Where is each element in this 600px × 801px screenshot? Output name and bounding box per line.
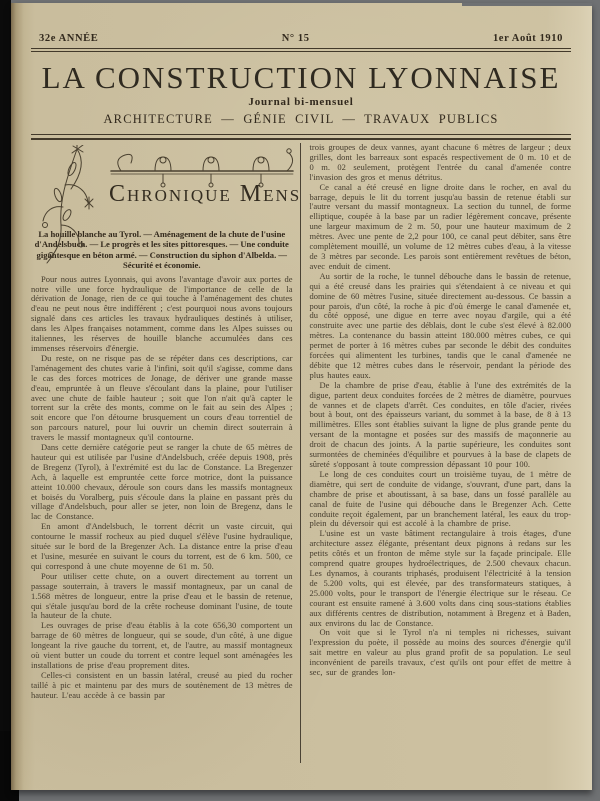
article-paragraph: Du reste, on ne risque pas de se répéter… xyxy=(31,354,293,443)
left-column-text: Pour nous autres Lyonnais, qui avons l'a… xyxy=(31,275,293,701)
article-paragraph: En amont d'Andelsbuch, le torrent décrit… xyxy=(31,522,293,572)
right-column: trois groupes de deux vannes, ayant chac… xyxy=(300,143,572,763)
article-paragraph: Celles-ci consistent en un bassin latéra… xyxy=(31,671,293,701)
article-paragraph: Pour nous autres Lyonnais, qui avons l'a… xyxy=(31,275,293,354)
article-paragraph: De la chambre de prise d'eau, établie à … xyxy=(310,381,572,470)
article-paragraph: Le long de ces conduites court un troisi… xyxy=(310,470,572,529)
article-paragraph: Au sortir de la roche, le tunnel débouch… xyxy=(310,272,572,381)
article-paragraph: L'usine est un vaste bâtiment rectangula… xyxy=(310,529,572,628)
star-flower xyxy=(72,145,83,153)
article-columns: Chronique Mensuelle La houille blanche a… xyxy=(31,143,571,763)
section-title: Chronique Mensuelle xyxy=(109,181,299,208)
article-paragraph: Pour utiliser cette chute, on a ouvert d… xyxy=(31,572,293,622)
masthead-date: 1er Août 1910 xyxy=(493,33,563,44)
header-rule xyxy=(31,134,571,140)
page-title: LA CONSTRUCTION LYONNAISE xyxy=(31,60,571,96)
paper-page: 32e ANNÉE N° 15 1er Août 1910 LA CONSTRU… xyxy=(11,3,592,790)
page-content: 32e ANNÉE N° 15 1er Août 1910 LA CONSTRU… xyxy=(31,33,571,763)
chronique-header: Chronique Mensuelle xyxy=(31,143,293,227)
article-paragraph: On voit que si le Tyrol n'a ni temples n… xyxy=(310,628,572,678)
star-flower xyxy=(85,197,93,209)
article-paragraph: Dans cette dernière catégorie peut se ra… xyxy=(31,443,293,522)
masthead: 32e ANNÉE N° 15 1er Août 1910 xyxy=(31,33,571,44)
floral-spray xyxy=(43,145,94,263)
page-subtitle: Journal bi-mensuel xyxy=(31,96,571,108)
article-paragraph: Ce canal a été creusé en ligne droite da… xyxy=(310,183,572,272)
scanned-journal-page: { "masthead": { "year_label": "32e ANNÉE… xyxy=(0,0,600,801)
left-column: Chronique Mensuelle La houille blanche a… xyxy=(31,143,300,763)
book-spine-shadow xyxy=(0,0,11,801)
scan-edge-top xyxy=(462,3,592,6)
article-paragraph: Les ouvrages de prise d'eau établis à la… xyxy=(31,621,293,671)
masthead-rule xyxy=(31,48,571,52)
masthead-year: 32e ANNÉE xyxy=(39,33,98,44)
masthead-issue-number: N° 15 xyxy=(282,33,310,44)
page-tagline: ARCHITECTURE — GÉNIE CIVIL — TRAVAUX PUB… xyxy=(31,112,571,127)
article-paragraph: trois groupes de deux vannes, ayant chac… xyxy=(310,143,572,183)
